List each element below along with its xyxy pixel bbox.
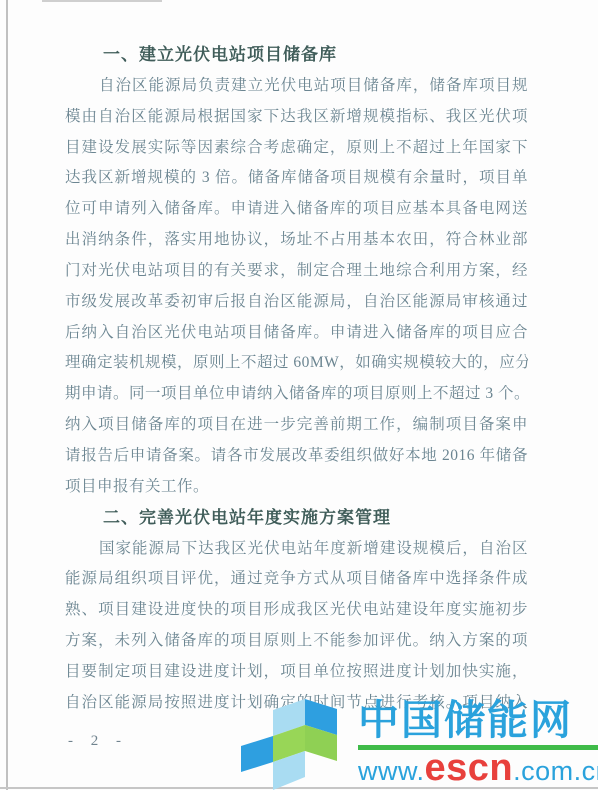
escn-cube-logo-icon — [233, 698, 358, 790]
paragraph-line: 方案，未列入储备库的项目原则上不能参加评优。纳入方案的项 — [65, 626, 528, 657]
section2-heading: 二、完善光伏电站年度实施方案管理 — [65, 503, 528, 534]
paragraph-line: 后纳入自治区光伏电站项目储备库。申请进入储备库的项目应合 — [65, 318, 528, 349]
escn-watermark-text: 中国储能网 www.escn.com.cn — [358, 698, 598, 790]
paragraph-line: 自治区能源局负责建立光伏电站项目储备库，储备库项目规 — [65, 71, 528, 102]
escn-url: www.escn.com.cn — [358, 751, 598, 788]
paragraph-line: 熟、项目建设进度快的项目形成我区光伏电站建设年度实施初步 — [65, 595, 528, 626]
scan-edge-top — [42, 0, 162, 2]
escn-url-prefix: www. — [358, 754, 425, 788]
paragraph-line: 目建设发展实际等因素综合考虑确定，原则上不超过上年国家下 — [65, 133, 528, 164]
paragraph-line: 模由自治区能源局根据国家下达我区新增规模指标、我区光伏项 — [65, 102, 528, 133]
paragraph-line: 市级发展改革委初审后报自治区能源局，自治区能源局审核通过 — [65, 287, 528, 318]
paragraph-line: 请报告后申请备案。请各市发展改革委组织做好本地 2016 年储备 — [65, 441, 528, 472]
paragraph-line: 门对光伏电站项目的有关要求，制定合理土地综合利用方案，经 — [65, 256, 528, 287]
paragraph-line: 出消纳条件，落实用地协议，场址不占用基本农田，符合林业部 — [65, 225, 528, 256]
paragraph-line: 国家能源局下达我区光伏电站年度新增建设规模后，自治区 — [65, 534, 528, 565]
paragraph-line: 期申请。同一项目单位申请纳入储备库的项目原则上不超过 3 个。 — [65, 379, 528, 410]
page-number: - 2 - — [68, 733, 128, 750]
paragraph-line: 纳入项目储备库的项目在进一步完善前期工作，编制项目备案申 — [65, 410, 528, 441]
escn-site-name: 中国储能网 — [358, 698, 598, 743]
paragraph-line: 理确定装机规模，原则上不超过 60MW，如确实规模较大的，应分 — [65, 348, 528, 379]
paragraph-line: 项目申报有关工作。 — [65, 472, 528, 503]
document-body: 一、建立光伏电站项目储备库 自治区能源局负责建立光伏电站项目储备库，储备库项目规… — [65, 40, 528, 719]
section1-heading: 一、建立光伏电站项目储备库 — [65, 40, 528, 71]
scan-edge-left — [6, 0, 8, 790]
paragraph-line: 达我区新增规模的 3 倍。储备库储备项目规模有余量时，项目单 — [65, 163, 528, 194]
escn-watermark: 中国储能网 www.escn.com.cn — [233, 698, 598, 790]
paragraph-line: 能源局组织项目评优，通过竞争方式从项目储备库中选择条件成 — [65, 564, 528, 595]
escn-url-domain: escn — [425, 751, 514, 785]
paragraph-line: 目要制定项目建设进度计划，项目单位按照进度计划加快实施， — [65, 657, 528, 688]
escn-url-suffix: .com.cn — [513, 754, 598, 788]
paragraph-line: 位可申请列入储备库。申请进入储备库的项目应基本具备电网送 — [65, 194, 528, 225]
